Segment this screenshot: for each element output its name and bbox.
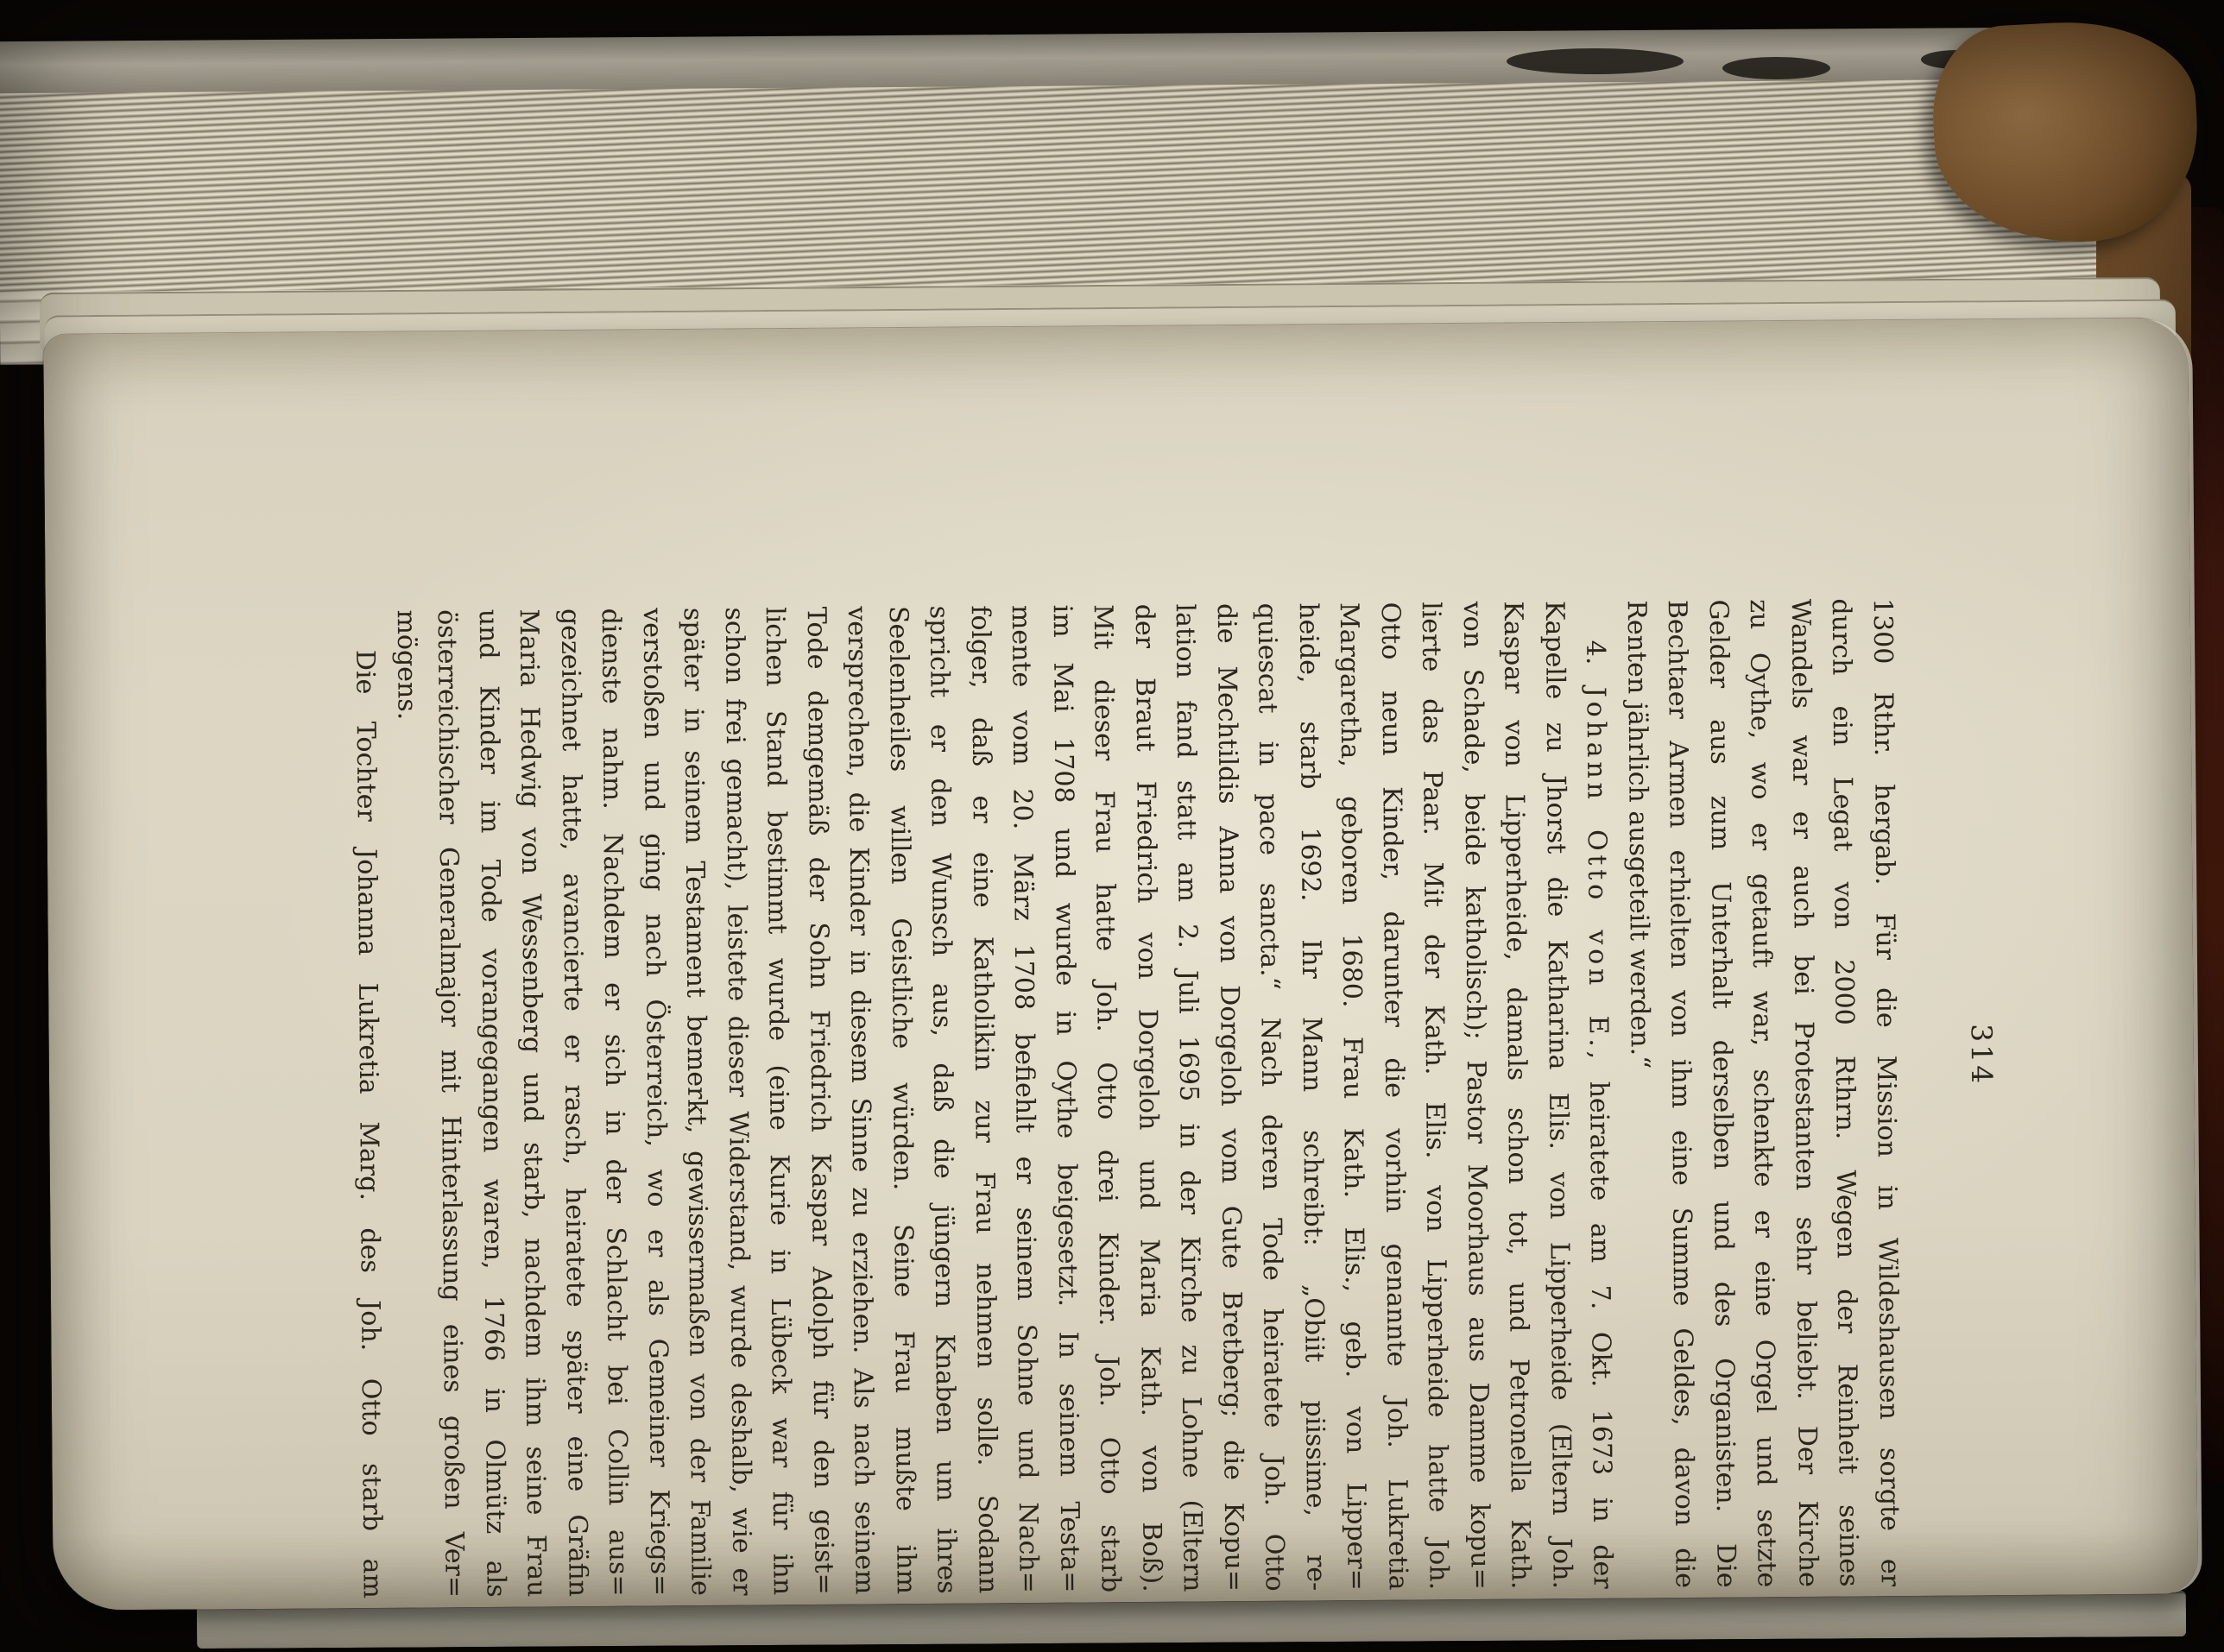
- text-line: zu Oythe, wo er getauft war, schenkte er…: [1739, 599, 1787, 1587]
- text-line: mente vom 20. März 1708 befiehlt er sein…: [1001, 605, 1049, 1593]
- text-line: im Mai 1708 und wurde in Oythe beigesetz…: [1041, 604, 1090, 1592]
- text-line: Renten jährlich ausgeteilt werden.“: [1615, 600, 1664, 1588]
- text-line: schon frei gemacht), leistete dieser Wid…: [713, 607, 761, 1595]
- text-line: Otto neun Kinder, darunter die vorhin ge…: [1369, 602, 1418, 1590]
- text-line: 1300 Rthr. hergab. Für die Mission in Wi…: [1861, 598, 1910, 1586]
- text-line: Seelenheiles willen Geistliche würden. S…: [877, 606, 926, 1594]
- text-line: die Mechtildis Anna von Dorgeloh vom Gut…: [1205, 603, 1254, 1592]
- paragraph: 1300 Rthr. hergab. Für die Mission in Wi…: [1615, 598, 1910, 1589]
- text-line: von Schade, beide katholisch); Pastor Mo…: [1451, 602, 1500, 1590]
- text-line: spricht er den Wunsch aus, daß die jünge…: [919, 605, 967, 1593]
- text-line: Die Tochter Johanna Lukretia Marg. des J…: [344, 610, 393, 1598]
- edge-speckle: [1507, 48, 1684, 74]
- text-line: Margaretha, geboren 1680. Frau Kath. Eli…: [1329, 602, 1377, 1591]
- book-photo: 314 1300 Rthr. hergab. Für die Mission i…: [0, 0, 2224, 1652]
- text-line: österreichischer Generalmajor mit Hinter…: [426, 609, 475, 1598]
- text-line: folger, daß er eine Katholikin zur Frau …: [959, 605, 1008, 1593]
- text-line: Kaspar von Lipperheide, damals schon tot…: [1493, 601, 1541, 1589]
- text-line: dienste nahm. Nachdem er sich in der Sch…: [591, 608, 639, 1596]
- text-line: quiescat in pace sancta.“ Nach deren Tod…: [1247, 602, 1295, 1591]
- book-page: 314 1300 Rthr. hergab. Für die Mission i…: [43, 318, 2198, 1610]
- text-line: versprechen, die Kinder in diesem Sinne …: [837, 606, 885, 1594]
- text-line: lichen Stand bestimmt wurde (eine Kurie …: [755, 607, 803, 1595]
- text-line: Tode demgemäß der Sohn Friedrich Kaspar …: [795, 607, 843, 1595]
- paragraph: Die Tochter Johanna Lukretia Marg. des J…: [344, 610, 393, 1598]
- text-line: der Braut Friedrich von Dorgeloh und Mar…: [1123, 604, 1172, 1592]
- text-line: Kapelle zu Jhorst die Katharina Elis. vo…: [1533, 601, 1582, 1589]
- text-line: und Kinder im Tode vorangegangen waren, …: [467, 609, 515, 1598]
- text-line: 4. Johann Otto von E., heiratete am 7. O…: [1575, 600, 1623, 1588]
- text-line: Wandels war er auch bei Protestanten seh…: [1779, 599, 1828, 1587]
- paragraph: 4. Johann Otto von E., heiratete am 7. O…: [385, 600, 1623, 1598]
- text-line: verstoßen und ging nach Österreich, wo e…: [631, 608, 679, 1596]
- page-text-block: 1300 Rthr. hergab. Für die Mission in Wi…: [344, 598, 1911, 1598]
- text-line: später in seinem Testament bemerkt, gewi…: [673, 608, 721, 1596]
- text-line: durch ein Legat von 2000 Rthrn. Wegen de…: [1821, 598, 1869, 1586]
- text-line: lation fand statt am 2. Juli 1695 in der…: [1165, 603, 1213, 1592]
- text-line: Maria Hedwig von Wessenberg und starb, n…: [509, 608, 557, 1597]
- text-line: Mit dieser Frau hatte Joh. Otto drei Kin…: [1083, 604, 1131, 1592]
- page-number: 314: [1957, 1016, 2000, 1094]
- text-line: Gelder aus zum Unterhalt derselben und d…: [1697, 599, 1746, 1587]
- text-line: lierte das Paar. Mit der Kath. Elis. von…: [1411, 602, 1459, 1590]
- text-line: gezeichnet hatte, avancierte er rasch, h…: [549, 608, 597, 1597]
- text-line: heide, starb 1692. Ihr Mann schreibt: „O…: [1287, 602, 1336, 1591]
- text-line: Bechtaer Armen erhielten von ihm eine Su…: [1657, 600, 1705, 1588]
- edge-speckle: [1722, 57, 1830, 79]
